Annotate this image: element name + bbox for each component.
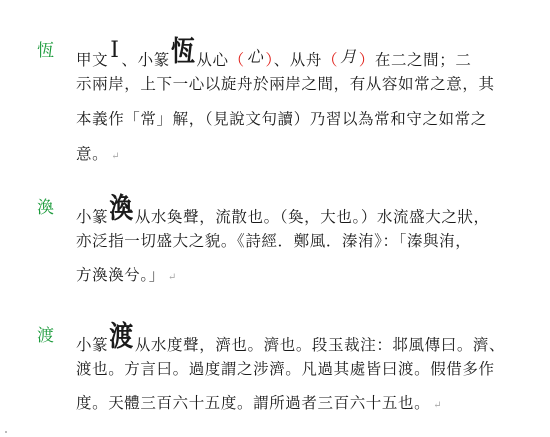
text-segment: 甲文 (76, 51, 108, 69)
text-segment: 小篆 (76, 336, 108, 354)
text-line: 意。↵ (76, 142, 120, 164)
oracle-bone-glyph: I (110, 38, 119, 63)
paren-open: （ (322, 51, 338, 69)
text-line: 甲文I、小篆恆从心（心）、从舟（月）在二之間；二 (76, 37, 471, 72)
seal-script-glyph: 渡 (109, 313, 134, 353)
entry-head-character: 渙 (37, 193, 54, 218)
boat-glyph: 月 (340, 44, 357, 67)
text-segment: 方渙渙兮。」 (76, 266, 165, 284)
text-line: 方渙渙兮。」↵ (76, 263, 177, 285)
seal-script-glyph: 恆 (171, 28, 196, 68)
text-segment: 从心 (196, 51, 228, 69)
paren-open: （ (229, 51, 245, 69)
stray-dot (5, 431, 7, 433)
paragraph-mark-icon: ↵ (111, 151, 120, 162)
paragraph-mark-icon: ↵ (433, 400, 442, 411)
text-segment: 、小篆 (122, 51, 170, 69)
text-line: 亦泛指一切盛大之貌。《詩經．鄭風．溱洧》：「溱與洧， (76, 229, 471, 251)
text-segment: 在二之間；二 (375, 51, 472, 69)
text-line: 度。天體三百六十五度。謂所過者三百六十五也。↵ (76, 391, 442, 413)
paragraph-mark-icon: ↵ (168, 272, 177, 283)
text-segment: 小篆 (76, 208, 108, 226)
paren-close: ） (265, 51, 273, 69)
text-line: 小篆渙从水奐聲，流散也。（奐，大也。）水流盛大之狀， (76, 194, 490, 229)
text-segment: 从水度聲，濟也。濟也。段玉裁注：邶風傳曰。濟、 (135, 336, 505, 354)
text-line: 本義作「常」解，（見說文句讀）乃習以為常和守之如常之 (76, 107, 487, 129)
heart-glyph: 心 (247, 44, 264, 67)
seal-script-glyph: 渙 (109, 185, 134, 225)
text-line: 小篆渡从水度聲，濟也。濟也。段玉裁注：邶風傳曰。濟、 (76, 322, 505, 357)
text-line: 渡也。方言曰。過度謂之涉濟。凡過其處皆曰渡。假借多作 (76, 357, 495, 379)
text-segment: 、从舟 (274, 51, 322, 69)
text-segment: 意。 (76, 145, 108, 163)
entry-head-character: 渡 (37, 321, 54, 346)
text-line: 示兩岸，上下一心以旋舟於兩岸之間，有从容如常之意，其 (76, 72, 495, 94)
paren-close: ） (359, 51, 375, 69)
text-segment: 从水奐聲，流散也。（奐，大也。）水流盛大之狀， (135, 208, 490, 226)
text-segment: 度。天體三百六十五度。謂所過者三百六十五也。 (76, 394, 430, 412)
entry-head-character: 恆 (37, 36, 54, 61)
